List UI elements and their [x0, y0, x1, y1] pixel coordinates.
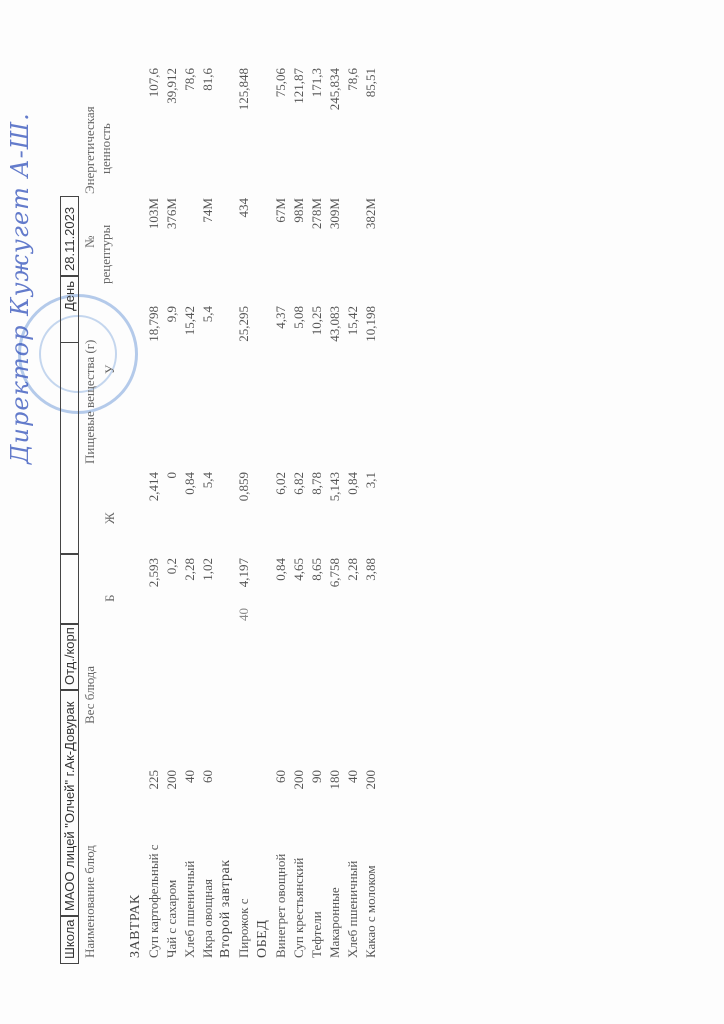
dish-recipe: 74М: [200, 198, 216, 250]
dish-protein: 2,28: [345, 558, 361, 602]
section-title: ОБЕД: [255, 920, 271, 958]
table-row: Тефтели908,658,7810,25278М171,3: [309, 0, 325, 958]
dish-recipe: 98М: [291, 198, 307, 250]
dish-recipe: 376М: [164, 198, 180, 250]
section-row: ЗАВТРАК: [128, 0, 144, 958]
scanned-page: Директор Кужугет А-Ш. Школа МАОО лицей "…: [0, 0, 724, 1024]
dish-fat: 0,84: [345, 472, 361, 516]
dish-extra-weight: 40: [236, 608, 252, 638]
dish-carbs: 25,295: [236, 306, 252, 358]
dish-protein: 2,593: [146, 558, 162, 602]
dish-energy: 125,848: [236, 68, 252, 128]
dish-weight: 180: [327, 770, 343, 800]
dish-fat: 8,78: [309, 472, 325, 516]
day-label: День: [60, 276, 79, 342]
dish-weight: 40: [182, 770, 198, 800]
dish-fat: 6,82: [291, 472, 307, 516]
dish-name: Суп крестьянский: [291, 858, 307, 958]
table-row: Макаронные1806,7585,14343,083309М245,834: [327, 0, 343, 958]
dish-energy: 85,51: [363, 68, 379, 128]
col-fat-header: Ж: [102, 512, 118, 524]
menu-sheet: Директор Кужугет А-Ш. Школа МАОО лицей "…: [0, 0, 724, 1024]
dish-carbs: 10,25: [309, 306, 325, 358]
dish-energy: 81,6: [200, 68, 216, 128]
dish-fat: 0,859: [236, 472, 252, 516]
col-recipe-header: рецептуры: [98, 225, 114, 284]
dish-carbs: 15,42: [182, 306, 198, 358]
dish-fat: 5,143: [327, 472, 343, 516]
col-weight-header: Вес блюда: [82, 666, 98, 724]
dish-weight: 60: [273, 770, 289, 800]
school-name: МАОО лицей "Олчей" г.Ак-Довурак: [60, 690, 79, 916]
col-energy-header-2: ценность: [98, 123, 114, 174]
blank-cell: [60, 342, 79, 554]
section-title: Второй завтрак: [218, 859, 234, 958]
school-label: Школа: [60, 916, 79, 964]
dish-protein: 1,02: [200, 558, 216, 602]
dish-name: Пирожок с: [236, 898, 252, 958]
dish-protein: 3,88: [363, 558, 379, 602]
dish-carbs: 9,9: [164, 306, 180, 358]
dish-weight: 200: [363, 770, 379, 800]
table-row: Суп картофельный с2252,5932,41418,798103…: [146, 0, 162, 958]
dish-fat: 3,1: [363, 472, 379, 516]
dish-protein: 6,758: [327, 558, 343, 602]
dish-protein: 4,65: [291, 558, 307, 602]
dish-carbs: 5,08: [291, 306, 307, 358]
table-row: Пирожок с404,1970,85925,295434125,848: [236, 0, 252, 958]
dish-name: Тефтели: [309, 911, 325, 958]
dish-carbs: 5,4: [200, 306, 216, 358]
dish-protein: 4,197: [236, 558, 252, 602]
dish-name: Какао с молоком: [363, 865, 379, 958]
col-energy-header-1: Энергетическая: [82, 106, 98, 194]
dish-weight: 200: [164, 770, 180, 800]
section-title: ЗАВТРАК: [128, 894, 144, 958]
col-name-header: Наименование блюд: [82, 845, 98, 958]
col-recipe-no-header: №: [82, 236, 98, 248]
col-protein-header: Б: [102, 595, 118, 602]
dish-energy: 78,6: [182, 68, 198, 128]
dish-weight: 40: [345, 770, 361, 800]
dish-name: Винегрет овощной: [273, 854, 289, 958]
dish-weight: 225: [146, 770, 162, 800]
dish-fat: 0,84: [182, 472, 198, 516]
dish-weight: 60: [200, 770, 216, 800]
dish-recipe: 309М: [327, 198, 343, 250]
dish-energy: 121,87: [291, 68, 307, 128]
dish-name: Хлеб пшеничный: [182, 861, 198, 958]
table-row: Икра овощная601,025,45,474М81,6: [200, 0, 216, 958]
dish-recipe: 434: [236, 198, 252, 250]
dish-recipe: 103М: [146, 198, 162, 250]
dish-protein: 0,84: [273, 558, 289, 602]
dish-protein: 2,28: [182, 558, 198, 602]
dish-energy: 78,6: [345, 68, 361, 128]
col-nutrients-header: Пищевые вещества (г): [82, 340, 98, 464]
section-row: Второй завтрак: [218, 0, 234, 958]
director-signature: Директор Кужугет А-Ш.: [6, 112, 34, 464]
dish-recipe: 278М: [309, 198, 325, 250]
dish-recipe: 382М: [363, 198, 379, 250]
dish-weight: 90: [309, 770, 325, 800]
date-value: 28.11.2023: [60, 196, 79, 276]
dish-energy: 171,3: [309, 68, 325, 128]
dish-name: Хлеб пшеничный: [345, 861, 361, 958]
table-row: Какао с молоком2003,883,110,198382М85,51: [363, 0, 379, 958]
dish-carbs: 43,083: [327, 306, 343, 358]
dept-value: [60, 554, 79, 624]
dish-fat: 2,414: [146, 472, 162, 516]
header-row: Школа МАОО лицей "Олчей" г.Ак-Довурак От…: [60, 196, 79, 964]
section-row: ОБЕД: [255, 0, 271, 958]
dish-energy: 75,06: [273, 68, 289, 128]
dish-protein: 0,2: [164, 558, 180, 602]
table-row: Хлеб пшеничный402,280,8415,4278,6: [182, 0, 198, 958]
dish-carbs: 15,42: [345, 306, 361, 358]
table-row: Винегрет овощной600,846,024,3767М75,06: [273, 0, 289, 958]
table-row: Чай с сахаром2000,209,9376М39,912: [164, 0, 180, 958]
col-carbs-header: У: [102, 365, 118, 374]
dish-weight: 200: [291, 770, 307, 800]
dept-label: Отд./корп: [60, 624, 79, 690]
dish-energy: 107,6: [146, 68, 162, 128]
dish-name: Макаронные: [327, 887, 343, 958]
dish-fat: 6,02: [273, 472, 289, 516]
dish-fat: 5,4: [200, 472, 216, 516]
dish-name: Икра овощная: [200, 879, 216, 958]
dish-recipe: 67М: [273, 198, 289, 250]
dish-energy: 39,912: [164, 68, 180, 128]
dish-name: Суп картофельный с: [146, 844, 162, 958]
dish-carbs: 18,798: [146, 306, 162, 358]
dish-fat: 0: [164, 472, 180, 516]
dish-carbs: 4,37: [273, 306, 289, 358]
dish-protein: 8,65: [309, 558, 325, 602]
table-row: Суп крестьянский2004,656,825,0898М121,87: [291, 0, 307, 958]
table-row: Хлеб пшеничный402,280,8415,4278,6: [345, 0, 361, 958]
dish-name: Чай с сахаром: [164, 880, 180, 958]
dish-carbs: 10,198: [363, 306, 379, 358]
dish-energy: 245,834: [327, 68, 343, 128]
